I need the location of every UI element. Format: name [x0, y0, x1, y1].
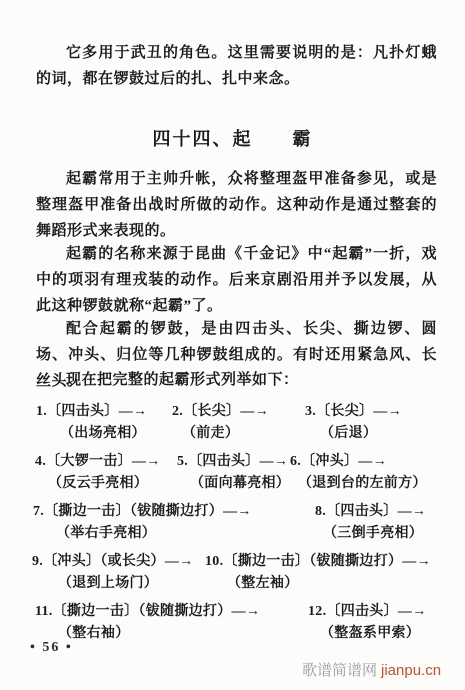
- sequence-step-10-caption: （整左袖）: [227, 572, 299, 592]
- sequence-step-5-caption: （面向幕亮相）: [190, 472, 290, 492]
- sequence-list: 1.〔四击头〕—→ 2.〔长尖〕—→ 3.〔长尖〕—→ （出场亮相） （前走） …: [0, 398, 465, 650]
- paragraph-list-intro: 现在把完整的起霸形式列举如下：: [36, 367, 437, 393]
- section-title: 四十四、起 霸: [0, 125, 465, 151]
- sequence-step-3-label: 3.〔长尖〕—→: [305, 400, 402, 420]
- watermark-site-name: 歌谱简谱网: [302, 662, 377, 679]
- sequence-step-2-caption: （前走）: [182, 422, 239, 442]
- sequence-step-1-caption: （出场亮相）: [60, 422, 146, 442]
- scanned-book-page: 它多用于武丑的角色。这里需要说明的是：凡扑灯蛾的词，都在锣鼓过后的扎、扎中来念。…: [0, 0, 465, 690]
- sequence-step-4-caption: （反云手亮相）: [48, 472, 148, 492]
- paragraph-usage: 起霸常用于主帅升帐，众将整理盔甲准备参见，或是整理盔甲准备出战时所做的动作。这种…: [36, 166, 437, 244]
- paragraph-origin: 起霸的名称来源于昆曲《千金记》中“起霸”一折，戏中的项羽有理戎装的动作。后来京剧…: [36, 241, 437, 319]
- sequence-step-12-caption: （整盔系甲索）: [320, 622, 420, 642]
- sequence-step-9-caption: （退到上场门）: [58, 572, 158, 592]
- sequence-step-2-label: 2.〔长尖〕—→: [172, 400, 269, 420]
- sequence-step-11-label: 11.〔撕边一击〕（钹随撕边打）—→: [35, 600, 260, 620]
- sequence-step-11-caption: （整右袖）: [58, 622, 130, 642]
- page-number: • 56 •: [30, 640, 73, 656]
- sequence-step-7-caption: （举右手亮相）: [56, 522, 156, 542]
- sequence-step-4-label: 4.〔大锣一击〕—→: [35, 450, 161, 470]
- sequence-step-6-label: 6.〔冲头〕—→: [290, 450, 387, 470]
- watermark: 歌谱简谱网jianpu.cn: [302, 659, 441, 680]
- watermark-site-url: jianpu.cn: [381, 662, 441, 679]
- sequence-step-3-caption: （后退）: [320, 422, 377, 442]
- sequence-step-6-caption: （退到台的左前方）: [298, 472, 427, 492]
- paragraph-intro: 它多用于武丑的角色。这里需要说明的是：凡扑灯蛾的词，都在锣鼓过后的扎、扎中来念。: [36, 40, 437, 92]
- sequence-step-5-label: 5.〔四击头〕—→: [177, 450, 288, 470]
- sequence-step-10-label: 10.〔撕边一击〕（钹随撕边打）—→: [205, 550, 431, 570]
- sequence-step-9-label: 9.〔冲头〕（或长尖）—→: [32, 550, 193, 570]
- sequence-step-12-label: 12.〔四击头〕—→: [308, 600, 427, 620]
- sequence-step-1-label: 1.〔四击头〕—→: [36, 400, 147, 420]
- sequence-step-8-caption: （三倒手亮相）: [323, 522, 423, 542]
- sequence-step-7-label: 7.〔撕边一击〕（钹随撕边打）—→: [33, 500, 252, 520]
- sequence-step-8-label: 8.〔四击头〕—→: [315, 500, 426, 520]
